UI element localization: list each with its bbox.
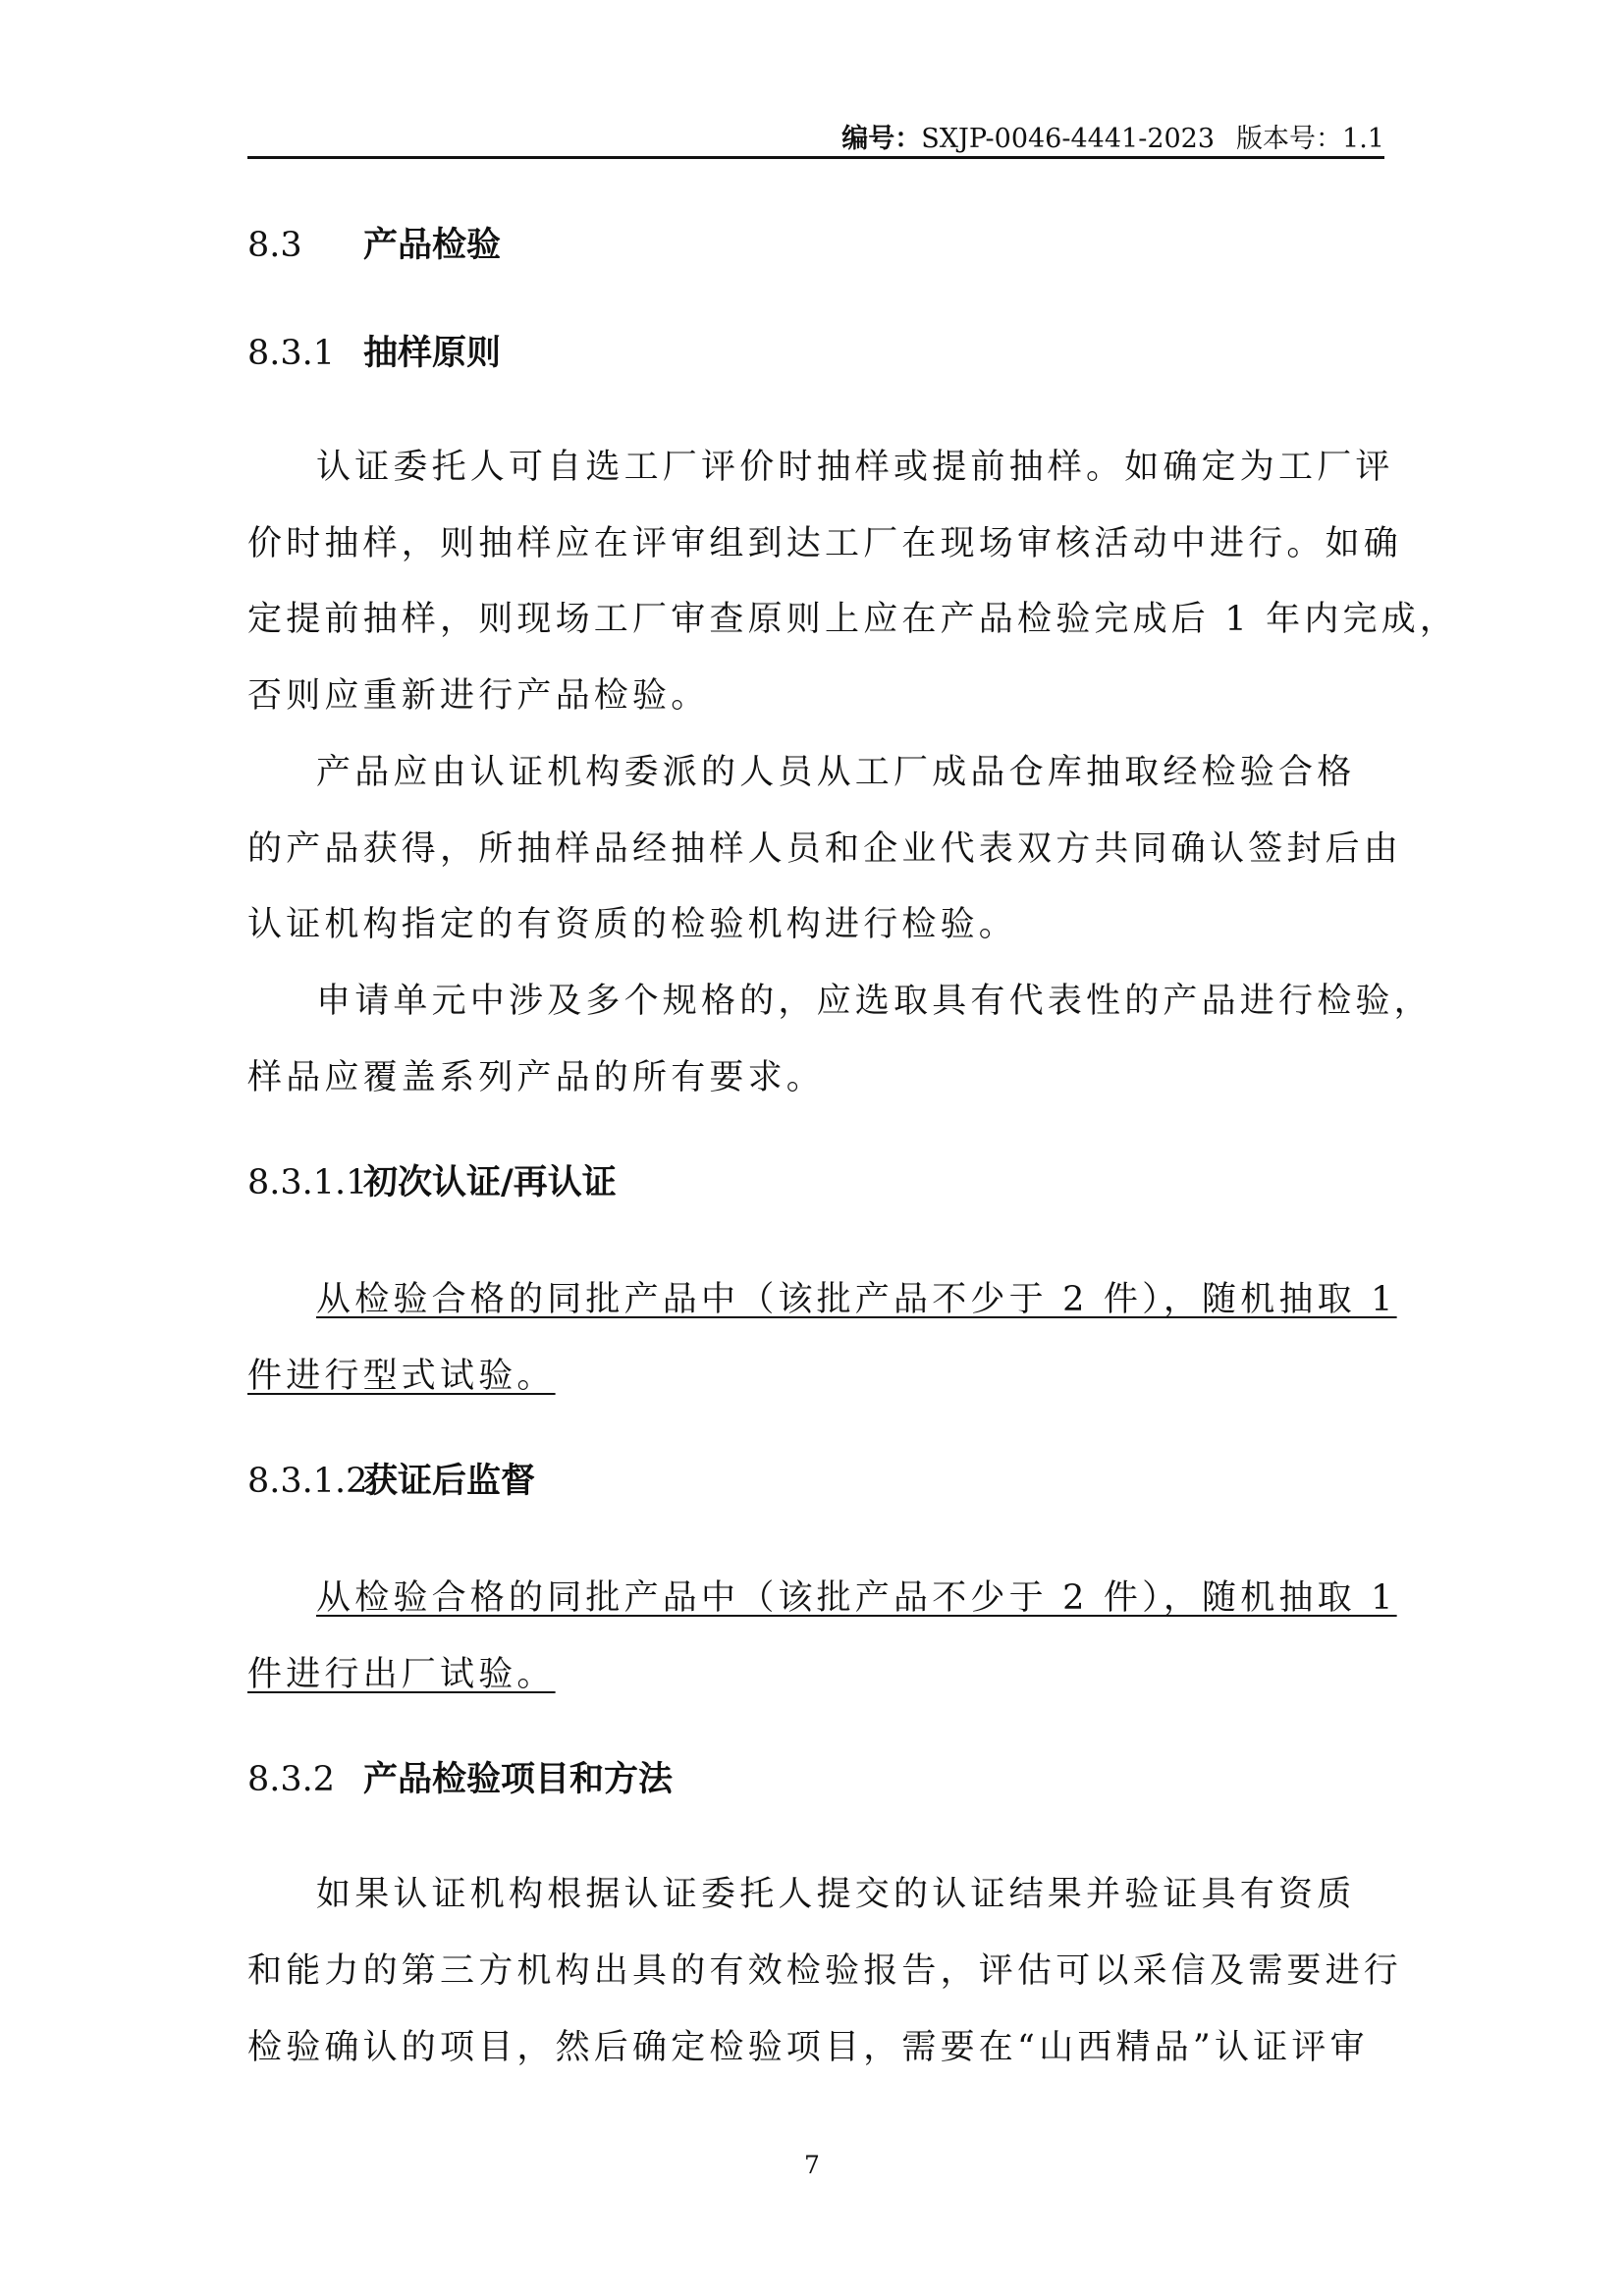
section-title: 抽样原则 [363,333,501,373]
document-header: 编号： SXJP-0046-4441-2023 版本号： 1.1 [247,114,1384,157]
section-heading-8-3-2: 8.3.2产品检验项目和方法 [247,1758,673,1801]
underlined-paragraph-line: 从检验合格的同批产品中（该批产品不少于 2 件），随机抽取 1 [316,1278,1397,1321]
section-heading-8-3: 8.3产品检验 [247,224,501,267]
section-number: 8.3.2 [247,1758,363,1801]
paragraph-line: 价时抽样，则抽样应在评审组到达工厂在现场审核活动中进行。如确 [247,522,1402,565]
paragraph-line: 和能力的第三方机构出具的有效检验报告，评估可以采信及需要进行 [247,1949,1402,1993]
document-page: 编号： SXJP-0046-4441-2023 版本号： 1.1 8.3产品检验… [0,0,1624,2296]
version-label: 版本号： [1236,122,1342,157]
paragraph-line: 的产品获得，所抽样品经抽样人员和企业代表双方共同确认签封后由 [247,828,1402,871]
section-title: 初次认证/再认证 [363,1162,617,1202]
underlined-paragraph-line: 件进行型式试验。 [247,1355,556,1398]
doc-number-label: 编号： [841,122,921,157]
page-number: 7 [0,2150,1624,2181]
doc-number: SXJP-0046-4441-2023 [921,122,1215,157]
paragraph-line: 如果认证机构根据认证委托人提交的认证结果并验证具有资质 [316,1873,1355,1916]
section-title: 产品检验 [363,225,501,265]
section-number: 8.3.1.1 [247,1161,363,1204]
paragraph-line: 样品应覆盖系列产品的所有要求。 [247,1056,825,1099]
section-heading-8-3-1-2: 8.3.1.2获证后监督 [247,1460,535,1503]
section-heading-8-3-1: 8.3.1抽样原则 [247,332,501,375]
section-number: 8.3 [247,224,363,267]
paragraph-line: 认证委托人可自选工厂评价时抽样或提前抽样。如确定为工厂评 [316,446,1394,489]
section-title: 获证后监督 [363,1461,535,1501]
underlined-paragraph-line: 件进行出厂试验。 [247,1653,556,1696]
paragraph-line: 否则应重新进行产品检验。 [247,674,709,718]
header-divider [247,156,1384,159]
section-heading-8-3-1-1: 8.3.1.1初次认证/再认证 [247,1161,617,1204]
paragraph-line: 产品应由认证机构委派的人员从工厂成品仓库抽取经检验合格 [316,751,1355,794]
section-number: 8.3.1.2 [247,1460,363,1503]
underlined-paragraph-line: 从检验合格的同批产品中（该批产品不少于 2 件），随机抽取 1 [316,1576,1397,1620]
paragraph-line: 检验确认的项目，然后确定检验项目，需要在“山西精品”认证评审 [247,2026,1369,2069]
paragraph-line: 认证机构指定的有资质的检验机构进行检验。 [247,903,1017,946]
version-number: 1.1 [1342,122,1384,157]
section-title: 产品检验项目和方法 [363,1759,673,1799]
paragraph-line: 申请单元中涉及多个规格的，应选取具有代表性的产品进行检验， [316,980,1433,1023]
paragraph-line: 定提前抽样，则现场工厂审查原则上应在产品检验完成后 1 年内完成， [247,598,1458,641]
section-number: 8.3.1 [247,332,363,375]
